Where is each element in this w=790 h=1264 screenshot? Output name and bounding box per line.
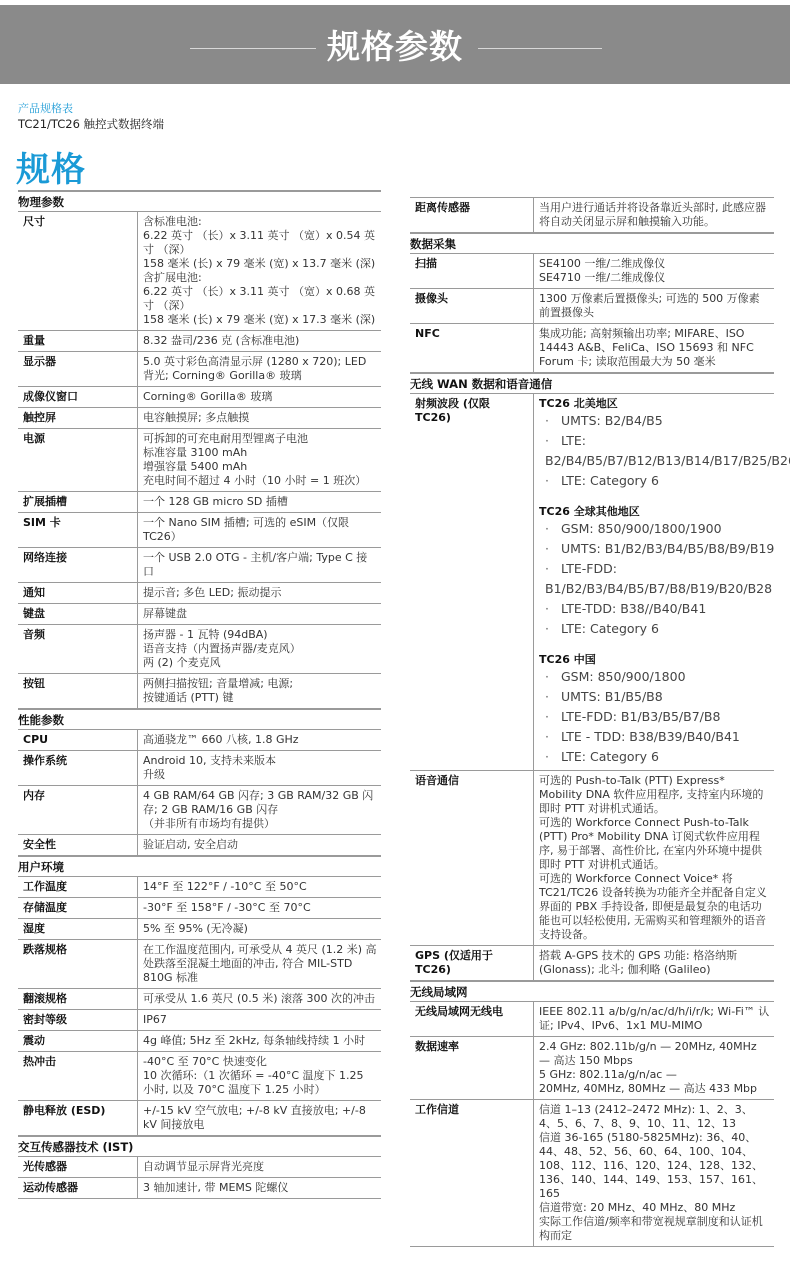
banner-title: 规格参数 (0, 21, 790, 68)
spec-column-right: 距离传感器当用户进行通话并将设备靠近头部时, 此感应器将自动关闭显示屏和触摸输入… (410, 197, 774, 1247)
spec-row: 密封等级IP67 (18, 1009, 381, 1030)
spec-key: 成像仪窗口 (18, 387, 138, 407)
spec-value: 信道 1–13 (2412–2472 MHz): 1、2、3、4、5、6、7、8… (534, 1100, 774, 1246)
spec-key: 音频 (18, 625, 138, 673)
spec-row: 工作温度14°F 至 122°F / -10°C 至 50°C (18, 876, 381, 897)
spec-value: IEEE 802.11 a/b/g/n/ac/d/h/i/r/k; Wi-Fi™… (534, 1002, 774, 1036)
band-item: ·GSM: 850/900/1800 (539, 667, 790, 687)
spec-row: NFC集成功能; 高射频输出功率; MIFARE、ISO 14443 A&B、F… (410, 323, 774, 372)
section-title: 无线局域网 (410, 980, 774, 1001)
spec-row: 存储温度-30°F 至 158°F / -30°C 至 70°C (18, 897, 381, 918)
spec-row: 光传感器自动调节显示屏背光亮度 (18, 1156, 381, 1177)
spec-key: 数据速率 (410, 1037, 534, 1099)
spec-row: CPU高通骁龙™ 660 八核, 1.8 GHz (18, 729, 381, 750)
section-title: 物理参数 (18, 190, 381, 211)
spec-key: 重量 (18, 331, 138, 351)
spec-key: 存储温度 (18, 898, 138, 918)
spec-row: 通知提示音; 多色 LED; 振动提示 (18, 582, 381, 603)
spec-key: 触控屏 (18, 408, 138, 428)
spec-row: 键盘屏幕键盘 (18, 603, 381, 624)
spec-row: 尺寸含标准电池: 6.22 英寸 （长）x 3.11 英寸 （宽）x 0.54 … (18, 211, 381, 330)
spec-key: 电源 (18, 429, 138, 491)
spec-row: 重量8.32 盎司/236 克 (含标准电池) (18, 330, 381, 351)
spec-row: 翻滚规格可承受从 1.6 英尺 (0.5 米) 滚落 300 次的冲击 (18, 988, 381, 1009)
spec-value: 一个 USB 2.0 OTG - 主机/客户端; Type C 接口 (138, 548, 381, 582)
spec-key: GPS (仅适用于 TC26) (410, 946, 534, 980)
band-item: ·UMTS: B1/B5/B8 (539, 687, 790, 707)
band-item: ·LTE: B2/B4/B5/B7/B12/B13/B14/B17/B25/B2… (539, 431, 790, 471)
section-title: 性能参数 (18, 708, 381, 729)
band-item: ·LTE-TDD: B38//B40/B41 (539, 599, 790, 619)
spec-value: 一个 Nano SIM 插槽; 可选的 eSIM（仅限 TC26） (138, 513, 381, 547)
bullet-icon: · (545, 411, 561, 431)
doc-subtitle: TC21/TC26 触控式数据终端 (18, 116, 164, 132)
spec-row: 语音通信可选的 Push-to-Talk (PTT) Express* Mobi… (410, 770, 774, 945)
spec-row: 运动传感器3 轴加速计, 带 MEMS 陀螺仪 (18, 1177, 381, 1198)
spec-key: 距离传感器 (410, 198, 534, 232)
spec-key: 安全性 (18, 835, 138, 855)
spec-row: 扩展插槽一个 128 GB micro SD 插槽 (18, 491, 381, 512)
spec-row: 扫描SE4100 一维/二维成像仪 SE4710 一维/二维成像仪 (410, 253, 774, 288)
spec-key: 跌落规格 (18, 940, 138, 988)
spec-row: 显示器5.0 英寸彩色高清显示屏 (1280 x 720); LED 背光; C… (18, 351, 381, 386)
radio-bands: TC26 北美地区 ·UMTS: B2/B4/B5 ·LTE: B2/B4/B5… (534, 394, 790, 770)
spec-row: 触控屏电容触摸屏; 多点触摸 (18, 407, 381, 428)
spec-key: 扫描 (410, 254, 534, 288)
spec-value: -40°C 至 70°C 快速变化 10 次循环:（1 次循环 = -40°C … (138, 1052, 381, 1100)
table-end-rule (410, 1246, 774, 1247)
table-end-rule (18, 1198, 381, 1199)
section-title: 数据采集 (410, 232, 774, 253)
bullet-icon: · (545, 619, 561, 639)
spec-row: 跌落规格在工作温度范围内, 可承受从 4 英尺 (1.2 米) 高处跌落至混凝土… (18, 939, 381, 988)
spec-value: 14°F 至 122°F / -10°C 至 50°C (138, 877, 381, 897)
spec-row: 热冲击-40°C 至 70°C 快速变化 10 次循环:（1 次循环 = -40… (18, 1051, 381, 1100)
spec-value: +/-15 kV 空气放电; +/-8 kV 直接放电; +/-8 kV 间接放… (138, 1101, 381, 1135)
spec-key: 湿度 (18, 919, 138, 939)
bullet-icon: · (545, 539, 561, 559)
bullet-icon: · (545, 687, 561, 707)
bullet-icon: · (545, 707, 561, 727)
band-item: ·GSM: 850/900/1800/1900 (539, 519, 790, 539)
spec-row: 距离传感器当用户进行通话并将设备靠近头部时, 此感应器将自动关闭显示屏和触摸输入… (410, 197, 774, 232)
spec-key: 热冲击 (18, 1052, 138, 1100)
spec-value: 4g 峰值; 5Hz 至 2kHz, 每条轴线持续 1 小时 (138, 1031, 381, 1051)
band-item: ·LTE: Category 6 (539, 619, 790, 639)
bullet-icon: · (545, 519, 561, 539)
spec-key: 密封等级 (18, 1010, 138, 1030)
banner-divider-right (478, 48, 602, 49)
spec-row: 数据速率2.4 GHz: 802.11b/g/n — 20MHz, 40MHz … (410, 1036, 774, 1099)
spec-value: 可拆卸的可充电耐用型锂离子电池 标准容量 3100 mAh 增强容量 5400 … (138, 429, 381, 491)
spec-key: 摄像头 (410, 289, 534, 323)
spec-row: 电源可拆卸的可充电耐用型锂离子电池 标准容量 3100 mAh 增强容量 540… (18, 428, 381, 491)
spec-value: 可选的 Push-to-Talk (PTT) Express* Mobility… (534, 771, 774, 945)
spec-key: 语音通信 (410, 771, 534, 945)
section-title: 无线 WAN 数据和语音通信 (410, 372, 774, 393)
bullet-icon: · (545, 471, 561, 491)
spec-value: 屏幕键盘 (138, 604, 381, 624)
spec-value: IP67 (138, 1010, 381, 1030)
spec-key: 震动 (18, 1031, 138, 1051)
band-item: ·UMTS: B1/B2/B3/B4/B5/B8/B9/B19 (539, 539, 790, 559)
doc-kicker: 产品规格表 (18, 100, 73, 116)
spec-key: 扩展插槽 (18, 492, 138, 512)
spec-value: 电容触摸屏; 多点触摸 (138, 408, 381, 428)
spec-row: 射频波段 (仅限 TC26) TC26 北美地区 ·UMTS: B2/B4/B5… (410, 393, 774, 770)
spec-key: 通知 (18, 583, 138, 603)
spec-value: 两侧扫描按钮; 音量增减; 电源; 按键通话 (PTT) 键 (138, 674, 381, 708)
section-title: 用户环境 (18, 855, 381, 876)
spec-column-left: 物理参数 尺寸含标准电池: 6.22 英寸 （长）x 3.11 英寸 （宽）x … (18, 190, 381, 1199)
spec-row: 湿度5% 至 95% (无冷凝) (18, 918, 381, 939)
spec-value: 5% 至 95% (无冷凝) (138, 919, 381, 939)
bullet-icon: · (545, 559, 561, 579)
band-item: ·UMTS: B2/B4/B5 (539, 411, 790, 431)
spec-value: 验证启动, 安全启动 (138, 835, 381, 855)
spec-value: 当用户进行通话并将设备靠近头部时, 此感应器将自动关闭显示屏和触摸输入功能。 (534, 198, 774, 232)
spec-key: CPU (18, 730, 138, 750)
spec-row: 工作信道信道 1–13 (2412–2472 MHz): 1、2、3、4、5、6… (410, 1099, 774, 1246)
spec-row: 成像仪窗口Corning® Gorilla® 玻璃 (18, 386, 381, 407)
spec-key: 键盘 (18, 604, 138, 624)
spec-row: 静电释放 (ESD)+/-15 kV 空气放电; +/-8 kV 直接放电; +… (18, 1100, 381, 1135)
spec-value: SE4100 一维/二维成像仪 SE4710 一维/二维成像仪 (534, 254, 774, 288)
spec-row: GPS (仅适用于 TC26)搭载 A-GPS 技术的 GPS 功能: 格洛纳斯… (410, 945, 774, 980)
spec-value: 5.0 英寸彩色高清显示屏 (1280 x 720); LED 背光; Corn… (138, 352, 381, 386)
spec-row: 摄像头1300 万像素后置摄像头; 可选的 500 万像素前置摄像头 (410, 288, 774, 323)
band-item: ·LTE-FDD: B1/B2/B3/B4/B5/B7/B8/B19/B20/B… (539, 559, 790, 599)
spec-value: 含标准电池: 6.22 英寸 （长）x 3.11 英寸 （宽）x 0.54 英寸… (138, 212, 381, 330)
spec-value: 8.32 盎司/236 克 (含标准电池) (138, 331, 381, 351)
spec-row: 音频扬声器 - 1 瓦特 (94dBA) 语音支持（内置扬声器/麦克风） 两 (… (18, 624, 381, 673)
spec-value: 搭载 A-GPS 技术的 GPS 功能: 格洛纳斯 (Glonass); 北斗;… (534, 946, 774, 980)
bullet-icon: · (545, 667, 561, 687)
spec-row: 无线局域网无线电IEEE 802.11 a/b/g/n/ac/d/h/i/r/k… (410, 1001, 774, 1036)
spec-key: 工作信道 (410, 1100, 534, 1246)
spec-key: 静电释放 (ESD) (18, 1101, 138, 1135)
spec-value: 一个 128 GB micro SD 插槽 (138, 492, 381, 512)
bullet-icon: · (545, 727, 561, 747)
spec-value: 扬声器 - 1 瓦特 (94dBA) 语音支持（内置扬声器/麦克风） 两 (2)… (138, 625, 381, 673)
spec-key: 显示器 (18, 352, 138, 386)
page-banner: 规格参数 (0, 5, 790, 84)
spec-row: 安全性验证启动, 安全启动 (18, 834, 381, 855)
spec-key: 光传感器 (18, 1157, 138, 1177)
spec-key: 尺寸 (18, 212, 138, 330)
spec-value: 提示音; 多色 LED; 振动提示 (138, 583, 381, 603)
spec-value: 自动调节显示屏背光亮度 (138, 1157, 381, 1177)
spec-value: 在工作温度范围内, 可承受从 4 英尺 (1.2 米) 高处跌落至混凝土地面的冲… (138, 940, 381, 988)
spec-key: 内存 (18, 786, 138, 834)
spec-value: 4 GB RAM/64 GB 闪存; 3 GB RAM/32 GB 闪存; 2 … (138, 786, 381, 834)
spec-key: 操作系统 (18, 751, 138, 785)
band-title: TC26 北美地区 (539, 397, 790, 411)
spec-key: NFC (410, 324, 534, 372)
spec-key: 无线局域网无线电 (410, 1002, 534, 1036)
spec-key: 网络连接 (18, 548, 138, 582)
band-item: ·LTE - TDD: B38/B39/B40/B41 (539, 727, 790, 747)
band-title: TC26 全球其他地区 (539, 505, 790, 519)
section-title: 交互传感器技术 (IST) (18, 1135, 381, 1156)
spec-row: 按钮两侧扫描按钮; 音量增减; 电源; 按键通话 (PTT) 键 (18, 673, 381, 708)
spec-value: Corning® Gorilla® 玻璃 (138, 387, 381, 407)
band-title: TC26 中国 (539, 653, 790, 667)
spec-key: SIM 卡 (18, 513, 138, 547)
bullet-icon: · (545, 599, 561, 619)
spec-key: 射频波段 (仅限 TC26) (410, 394, 534, 770)
spec-key: 工作温度 (18, 877, 138, 897)
spec-value: 2.4 GHz: 802.11b/g/n — 20MHz, 40MHz — 高达… (534, 1037, 774, 1099)
spec-value: 集成功能; 高射频输出功率; MIFARE、ISO 14443 A&B、Feli… (534, 324, 774, 372)
spec-value: 可承受从 1.6 英尺 (0.5 米) 滚落 300 次的冲击 (138, 989, 381, 1009)
spec-key: 按钮 (18, 674, 138, 708)
spec-value: Android 10, 支持未来版本 升级 (138, 751, 381, 785)
spec-row: SIM 卡一个 Nano SIM 插槽; 可选的 eSIM（仅限 TC26） (18, 512, 381, 547)
bullet-icon: · (545, 747, 561, 767)
doc-heading: 规格 (16, 142, 86, 191)
spec-value: 高通骁龙™ 660 八核, 1.8 GHz (138, 730, 381, 750)
spec-key: 翻滚规格 (18, 989, 138, 1009)
spec-row: 操作系统Android 10, 支持未来版本 升级 (18, 750, 381, 785)
spec-value: 3 轴加速计, 带 MEMS 陀螺仪 (138, 1178, 381, 1198)
spec-row: 震动4g 峰值; 5Hz 至 2kHz, 每条轴线持续 1 小时 (18, 1030, 381, 1051)
band-item: ·LTE-FDD: B1/B3/B5/B7/B8 (539, 707, 790, 727)
band-item: ·LTE: Category 6 (539, 747, 790, 767)
spec-value: 1300 万像素后置摄像头; 可选的 500 万像素前置摄像头 (534, 289, 774, 323)
spec-key: 运动传感器 (18, 1178, 138, 1198)
bullet-icon: · (545, 431, 561, 451)
spec-value: -30°F 至 158°F / -30°C 至 70°C (138, 898, 381, 918)
spec-row: 内存4 GB RAM/64 GB 闪存; 3 GB RAM/32 GB 闪存; … (18, 785, 381, 834)
spec-row: 网络连接一个 USB 2.0 OTG - 主机/客户端; Type C 接口 (18, 547, 381, 582)
band-item: ·LTE: Category 6 (539, 471, 790, 491)
